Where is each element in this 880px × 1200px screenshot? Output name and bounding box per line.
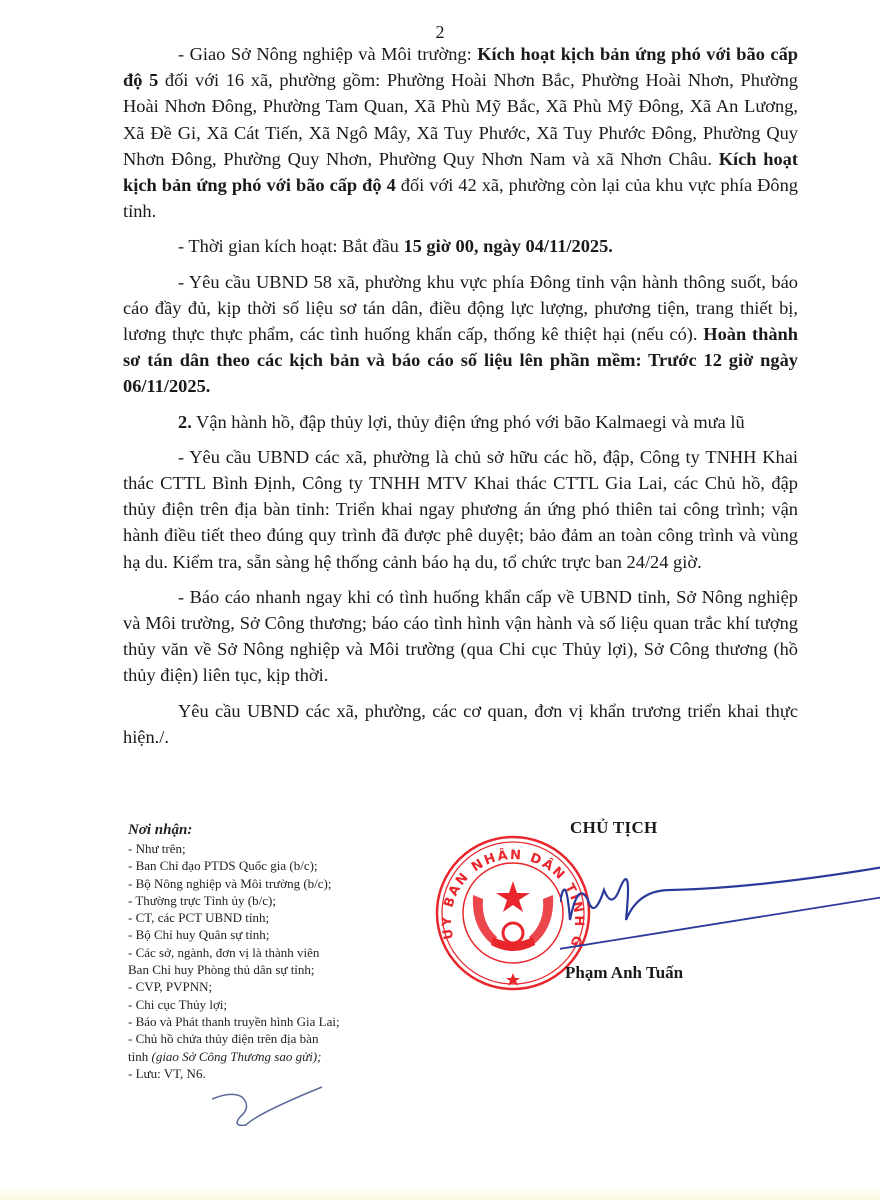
section-heading-dam-operation: 2. Vận hành hồ, đập thủy lợi, thủy điện … — [123, 409, 798, 435]
signer-name: Phạm Anh Tuấn — [565, 963, 683, 983]
bold-text: 15 giờ 00, ngày 04/11/2025. — [403, 236, 612, 256]
recipient-item: - Chi cục Thủy lợi; — [128, 996, 428, 1013]
initial-signature-icon — [212, 1083, 332, 1133]
text-run: - Báo cáo nhanh ngay khi có tình huống k… — [123, 587, 798, 686]
recipient-item: - CT, các PCT UBND tỉnh; — [128, 909, 428, 926]
recipient-item: Ban Chỉ huy Phòng thủ dân sự tỉnh; — [128, 961, 428, 978]
recipient-item: - Như trên; — [128, 840, 428, 857]
recipient-item: - Bộ Nông nghiệp và Môi trường (b/c); — [128, 875, 428, 892]
recipient-item: - Chủ hồ chứa thủy điện trên địa bàn — [128, 1030, 428, 1047]
paragraph-reporting: - Báo cáo nhanh ngay khi có tình huống k… — [123, 584, 798, 689]
text-run: - Yêu cầu UBND 58 xã, phường khu vực phí… — [123, 272, 798, 344]
recipient-item: - Thường trực Tỉnh ủy (b/c); — [128, 892, 428, 909]
text-run: - Thời gian kích hoạt: Bắt đầu — [178, 236, 403, 256]
recipients-list: Nơi nhận: - Như trên;- Ban Chỉ đạo PTDS … — [128, 821, 428, 1082]
recipient-item: - Bộ Chỉ huy Quân sự tỉnh; — [128, 926, 428, 943]
paragraph-activation-time: - Thời gian kích hoạt: Bắt đầu 15 giờ 00… — [123, 233, 798, 259]
bold-text: 2. — [178, 412, 192, 432]
paragraph-dam-owners: - Yêu cầu UBND các xã, phường là chủ sở … — [123, 444, 798, 575]
paragraph-evacuation-requirement: - Yêu cầu UBND 58 xã, phường khu vực phí… — [123, 269, 798, 400]
recipient-item: tỉnh (giao Sở Công Thương sao gửi); — [128, 1048, 428, 1065]
signer-title: CHỦ TỊCH — [570, 818, 658, 838]
archive-note: - Lưu: VT, N6. — [128, 1065, 428, 1082]
paragraph-storm-level: - Giao Sở Nông nghiệp và Môi trường: Kíc… — [123, 41, 798, 224]
recipient-item: - Báo và Phát thanh truyền hình Gia Lai; — [128, 1013, 428, 1030]
recipients-heading: Nơi nhận: — [128, 821, 428, 840]
recipient-item: - Ban Chỉ đạo PTDS Quốc gia (b/c); — [128, 857, 428, 874]
page-number: 2 — [0, 22, 880, 43]
text-run: - Giao Sở Nông nghiệp và Môi trường: — [178, 44, 477, 64]
document-body: - Giao Sở Nông nghiệp và Môi trường: Kíc… — [123, 41, 798, 750]
text-run: - Yêu cầu UBND các xã, phường là chủ sở … — [123, 447, 798, 572]
recipient-note: (giao Sở Công Thương sao gửi); — [148, 1049, 321, 1064]
recipient-item: - CVP, PVPNN; — [128, 978, 428, 995]
text-run: đối với 16 xã, phường gồm: Phường Hoài N… — [123, 70, 798, 169]
signature-icon — [560, 860, 880, 960]
recipient-item: - Các sở, ngành, đơn vị là thành viên — [128, 944, 428, 961]
paragraph-closing: Yêu cầu UBND các xã, phường, các cơ quan… — [123, 698, 798, 750]
text-run: Vận hành hồ, đập thủy lợi, thủy điện ứng… — [192, 412, 745, 432]
text-run: Yêu cầu UBND các xã, phường, các cơ quan… — [123, 701, 798, 747]
scan-edge — [0, 1186, 880, 1200]
